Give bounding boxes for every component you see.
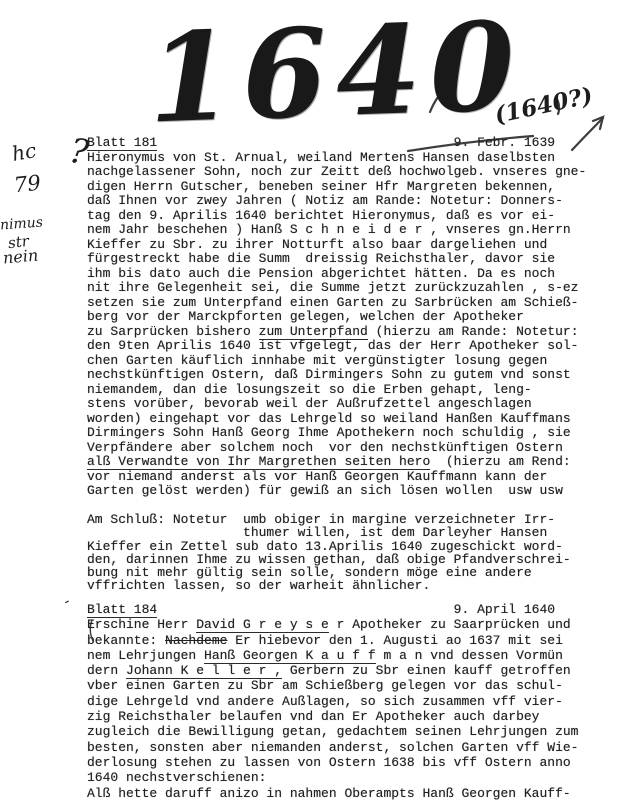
text-line: vber einen Garten zu Sbr am Schießberg g…	[87, 678, 578, 693]
text-line: Garten gelöst werden) für gewiß an sich …	[87, 484, 586, 499]
text-line: zu Sarprücken bishero zum Unterpfand (hi…	[87, 325, 586, 340]
text-line: Kieffer ein Zettel sub dato 13.Aprilis 1…	[87, 540, 571, 553]
text-line: zugleich die Bewilligung getan, gedachte…	[87, 724, 578, 739]
text-line: derlosung stehen zu lassen von Ostern 16…	[87, 755, 578, 770]
margin-note-dash: -	[60, 592, 72, 610]
text-line: nem Jahr beschehen ) Hanß S c h n e i d …	[87, 223, 586, 238]
text-line: alß Verwandte von Ihr Margrethen seiten …	[87, 455, 586, 470]
text-line: bung nit mehr gültig sein solle, sondern…	[87, 566, 571, 579]
text-line: ihm bis dato auch die Pension abgerichte…	[87, 267, 586, 282]
text-line: digen Herrn Gutscher, beneben seiner Hfr…	[87, 180, 586, 195]
text-line: worden) eingehapt vor das Lehrgeld so we…	[87, 412, 586, 427]
text-line: Erschine Herr David G r e y s e r Apothe…	[87, 617, 578, 632]
section-blatt-181: Blatt 181 9. Febr. 1639Hieronymus von St…	[87, 136, 586, 499]
margin-note: nein	[2, 246, 39, 268]
text-line: Verpfändere aber solchem noch vor den ne…	[87, 441, 586, 456]
text-line: Alß hette daruff anizo in nahmen Oberamp…	[87, 786, 578, 800]
text-line: Blatt 181 9. Febr. 1639	[87, 136, 586, 151]
text-line: daß Ihnen vor zwey Jahren ( Notiz am Ran…	[87, 194, 586, 209]
text-line: tag den 9. Aprilis 1640 berichtet Hieron…	[87, 209, 586, 224]
text-line: zig Reichsthaler belaufen vnd dan Er Apo…	[87, 709, 578, 724]
margin-note: 79	[13, 171, 42, 198]
text-line: dige Lehrgeld vnd andere Außlagen, so si…	[87, 694, 578, 709]
text-line: nechstkünftigen Ostern, daß Dirmingers S…	[87, 368, 586, 383]
text-line: nem Lehrjungen Hanß Georgen K a u f f m …	[87, 648, 578, 663]
text-line: Kieffer zu Sbr. zu ihrer Notturft also b…	[87, 238, 586, 253]
text-line: nit ihre Gelegenheit sei, die Summe jetz…	[87, 281, 586, 296]
text-line: den 9ten Aprilis 1640 ist vfgelegt, das …	[87, 339, 586, 354]
text-line: bekannte: Nachdeme Er hiebevor den 1. Au…	[87, 633, 578, 648]
text-line: thumer willen, ist dem Darleyher Hansen	[87, 526, 571, 539]
text-line: vffrichten lassen, so der warheit ähnlic…	[87, 579, 571, 592]
margin-note: nimus	[0, 215, 43, 234]
text-line: stens vorüber, bevorab weil der Außrufze…	[87, 397, 586, 412]
text-line: fürgestreckt habe die Summ dreissig Reic…	[87, 252, 586, 267]
date-arrow-head-icon	[593, 117, 603, 129]
text-line: 1640 nechstverschienen:	[87, 770, 578, 785]
text-line: vor niemand anderst als vor Hanß Georgen…	[87, 470, 586, 485]
section-blatt-184: Blatt 184 9. April 1640Erschine Herr Dav…	[87, 602, 578, 800]
text-line: berg vor der Marckpforten gelegen, welch…	[87, 310, 586, 325]
scanned-page: { "annotations": { "big_year": "1640", "…	[0, 0, 618, 800]
margin-note: hc	[10, 138, 38, 166]
handwritten-year-heading: 1640	[146, 0, 526, 151]
text-line: Am Schluß: Notetur umb obiger in margine…	[87, 513, 571, 526]
text-line: den, darinnen Ihme zu wissen gethan, daß…	[87, 553, 571, 566]
text-line: setzen sie zum Unterpfand einen Garten z…	[87, 296, 586, 311]
section-am-schluss: Am Schluß: Notetur umb obiger in margine…	[87, 513, 571, 593]
text-line: nachgelassener Sohn, noch zur Zeitt deß …	[87, 165, 586, 180]
text-line: Dirmingers Sohn Hanß Georg Ihme Apotheke…	[87, 426, 586, 441]
document-page: 1640 (1640?) hc ? 79 nimus str nein - Bl…	[0, 0, 618, 800]
text-line: Hieronymus von St. Arnual, weiland Merte…	[87, 151, 586, 166]
text-line: Blatt 184 9. April 1640	[87, 602, 578, 617]
text-line: chen Garten käuflich innhabe mit vergüns…	[87, 354, 586, 369]
text-line: besten, sonsten aber niemanden anderst, …	[87, 740, 578, 755]
text-line: dern Johann K e l l e r , Gerbern zu Sbr…	[87, 663, 578, 678]
text-line: niemandem, dan die losungszeit so die Er…	[87, 383, 586, 398]
